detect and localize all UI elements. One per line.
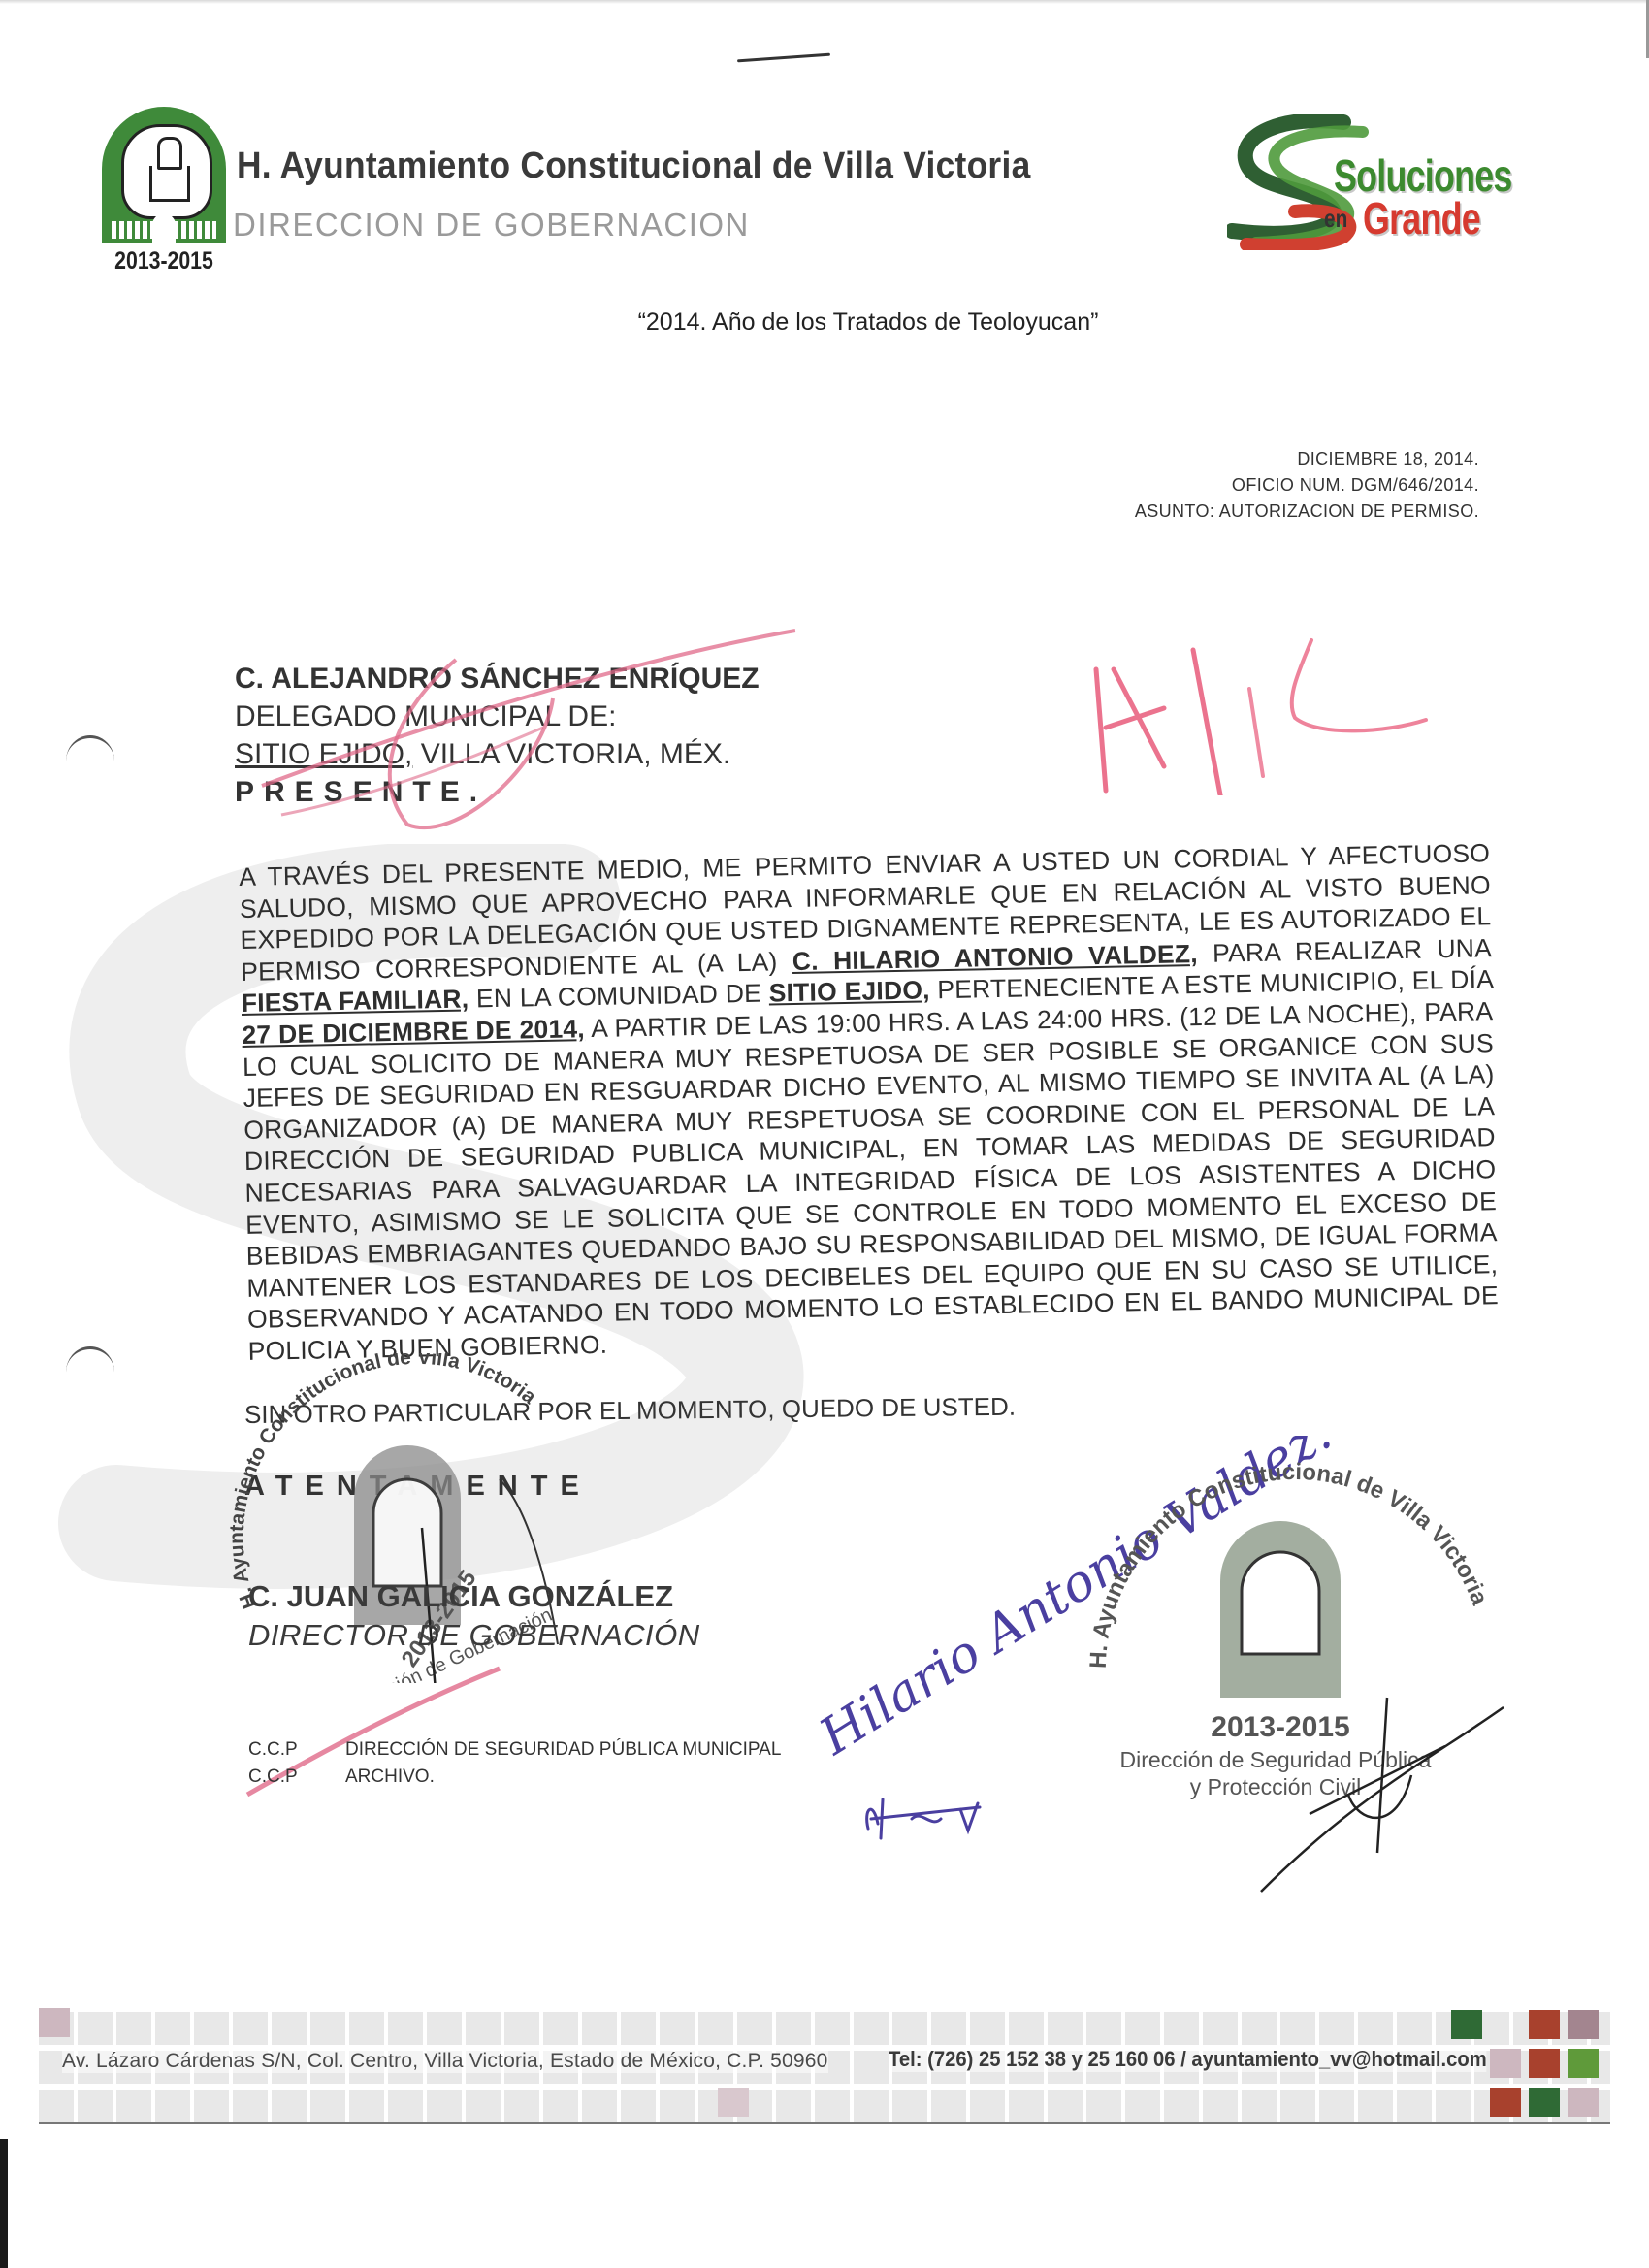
addressee-name: C. ALEJANDRO SÁNCHEZ ENRÍQUEZ xyxy=(235,660,760,697)
footer-tile xyxy=(718,2088,749,2117)
letter-body: A TRAVÉS DEL PRESENTE MEDIO, ME PERMITO … xyxy=(239,837,1500,1367)
footer-tile xyxy=(1529,2010,1560,2039)
organization-title: H. Ayuntamiento Constitucional de Villa … xyxy=(237,146,1031,187)
salutation: PRESENTE. xyxy=(235,773,760,811)
ccp-line: C.C.PARCHIVO. xyxy=(248,1764,781,1791)
event-type: FIESTA FAMILIAR, xyxy=(242,985,469,1018)
year-motto: “2014. Año de los Tratados de Teoloyucan… xyxy=(0,308,1649,337)
initials-signature xyxy=(854,1790,989,1848)
document-date: DICIEMBRE 18, 2014. xyxy=(1135,446,1479,472)
scan-left-bar xyxy=(0,2139,8,2268)
footer-tile xyxy=(1451,2010,1482,2039)
brand-name-en: en xyxy=(1324,204,1347,234)
signer-name: C. JUAN GALICIA GONZÁLEZ xyxy=(248,1579,673,1614)
addressee-location-rest: VILLA VICTORIA, MÉX. xyxy=(412,738,730,770)
footer-tile xyxy=(1529,2049,1560,2078)
logo-arch xyxy=(102,107,226,243)
ccp-line: C.C.PDIRECCIÓN DE SEGURIDAD PÚBLICA MUNI… xyxy=(248,1736,781,1764)
footer-tile xyxy=(1490,2049,1521,2078)
document-subject: ASUNTO: AUTORIZACION DE PERMISO. xyxy=(1135,499,1479,525)
footer-tile xyxy=(1568,2049,1599,2078)
footer-tile xyxy=(39,2008,70,2037)
logo-years: 2013-2015 xyxy=(112,247,217,275)
footer-address: Av. Lázaro Cárdenas S/N, Col. Centro, Vi… xyxy=(62,2050,828,2073)
pen-mark xyxy=(737,53,830,63)
ccp-recipient: DIRECCIÓN DE SEGURIDAD PÚBLICA MUNICIPAL xyxy=(345,1739,781,1760)
footer-contact: Tel: (726) 25 152 38 y 25 160 06 / ayunt… xyxy=(889,2047,1487,2072)
ccp-recipient: ARCHIVO. xyxy=(345,1766,435,1787)
beneficiary-name: C. HILARIO ANTONIO VALDEZ, xyxy=(792,939,1199,976)
binder-hole-mark xyxy=(66,735,114,787)
event-date: 27 DE DICIEMBRE DE 2014, xyxy=(242,1014,585,1050)
scan-top-edge xyxy=(0,0,1649,4)
recipient-handwritten-signature: Hilario Antonio Valdez. Hilario Antonio … xyxy=(815,1436,1358,1785)
brand-name-line2: Grande xyxy=(1363,192,1480,244)
brand-logo: Soluciones en Grande xyxy=(1227,114,1547,255)
svg-text:Hilario Antonio Valdez.: Hilario Antonio Valdez. xyxy=(815,1436,1342,1767)
carbon-copies: C.C.PDIRECCIÓN DE SEGURIDAD PÚBLICA MUNI… xyxy=(248,1736,781,1791)
event-community: SITIO EJIDO, xyxy=(768,976,930,1008)
footer-tile xyxy=(1568,2010,1599,2039)
addressee-position: DELEGADO MUNICIPAL DE: xyxy=(235,697,760,735)
signer-title: DIRECTOR DE GOBERNACIÓN xyxy=(248,1618,700,1653)
addressee-location-community: SITIO EJIDO, xyxy=(235,738,412,770)
footer-tile xyxy=(1568,2088,1599,2117)
document-references: DICIEMBRE 18, 2014. OFICIO NUM. DGM/646/… xyxy=(1135,446,1479,525)
footer-tile xyxy=(1490,2088,1521,2117)
footer-tile xyxy=(1529,2088,1560,2117)
municipal-logo: 2013-2015 xyxy=(102,107,226,272)
sign-off: ATENTAMENTE xyxy=(244,1471,592,1503)
office-number: OFICIO NUM. DGM/646/2014. xyxy=(1135,472,1479,499)
handwritten-red-annotation: AIR xyxy=(1067,621,1455,795)
letterhead-footer: Av. Lázaro Cárdenas S/N, Col. Centro, Vi… xyxy=(39,2008,1610,2124)
addressee-block: C. ALEJANDRO SÁNCHEZ ENRÍQUEZ DELEGADO M… xyxy=(235,660,760,811)
department-name: DIRECCION DE GOBERNACION xyxy=(233,207,750,243)
addressee-location: SITIO EJIDO, VILLA VICTORIA, MÉX. xyxy=(235,735,760,773)
